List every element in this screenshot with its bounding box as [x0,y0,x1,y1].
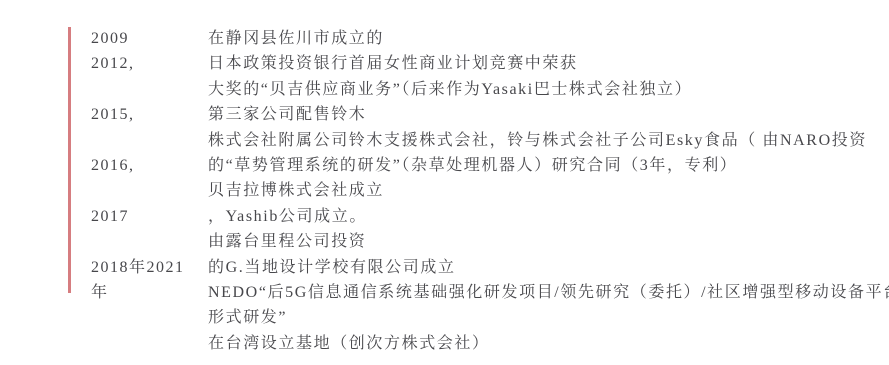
timeline-row: 贝吉拉博株式会社成立 [91,178,889,203]
timeline-text: NEDO“后5G信息通信系统基础强化研发项目/领先研究（委托）/社区增强型移动设… [208,280,889,305]
timeline-text: 形式研发” [208,305,287,330]
timeline-text: 的“草势管理系统的研发”（杂草处理机器人）研究合同（3年，专利） [208,153,737,178]
timeline-text: 第三家公司配售铃木 [208,102,366,127]
timeline-row: 2015, 第三家公司配售铃木 [91,102,889,127]
timeline-text: 日本政策投资银行首届女性商业计划竞赛中荣获 [208,51,578,76]
timeline-year: 2017 [91,204,208,229]
timeline-year [91,229,208,254]
timeline-row: 2016, 的“草势管理系统的研发”（杂草处理机器人）研究合同（3年，专利） [91,153,889,178]
timeline-row: 形式研发” [91,305,889,330]
timeline-accent-line [68,27,71,293]
timeline-year: 年 [91,280,208,305]
timeline-text: 由露台里程公司投资 [208,229,366,254]
timeline-row: 株式会社附属公司铃木支援株式会社，铃与株式会社子公司Esky食品（ 由NARO投… [91,128,889,153]
timeline-row: 2018年2021 的G.当地设计学校有限公司成立 [91,255,889,280]
timeline-text: 的G.当地设计学校有限公司成立 [208,255,456,280]
timeline-row: 年 NEDO“后5G信息通信系统基础强化研发项目/领先研究（委托）/社区增强型移… [91,280,889,305]
timeline-text: 大奖的“贝吉供应商业务”（后来作为Yasaki巴士株式会社独立） [208,77,692,102]
timeline-row: 由露台里程公司投资 [91,229,889,254]
timeline-year: 2009 [91,26,208,51]
timeline-text: 贝吉拉博株式会社成立 [208,178,384,203]
timeline-row: 2009 在静冈县佐川市成立的 [91,26,889,51]
timeline-text: 在静冈县佐川市成立的 [208,26,384,51]
timeline-year [91,128,208,153]
timeline-year [91,305,208,330]
timeline-text: 株式会社附属公司铃木支援株式会社，铃与株式会社子公司Esky食品（ 由NARO投… [208,128,867,153]
timeline-table: 2009 在静冈县佐川市成立的 2012, 日本政策投资银行首届女性商业计划竞赛… [91,26,889,356]
timeline-year [91,331,208,356]
timeline-row: 大奖的“贝吉供应商业务”（后来作为Yasaki巴士株式会社独立） [91,77,889,102]
timeline-year: 2018年2021 [91,255,208,280]
timeline-year [91,77,208,102]
timeline-year: 2015, [91,102,208,127]
timeline-text: ，Yashib公司成立。 [208,204,367,229]
timeline-year: 2012, [91,51,208,76]
timeline-row: 2012, 日本政策投资银行首届女性商业计划竞赛中荣获 [91,51,889,76]
timeline-text: 在台湾设立基地（创次方株式会社） [208,331,490,356]
timeline-row: 在台湾设立基地（创次方株式会社） [91,331,889,356]
timeline-year: 2016, [91,153,208,178]
history-timeline-page: 2009 在静冈县佐川市成立的 2012, 日本政策投资银行首届女性商业计划竞赛… [0,0,889,365]
timeline-row: 2017 ，Yashib公司成立。 [91,204,889,229]
timeline-year [91,178,208,203]
